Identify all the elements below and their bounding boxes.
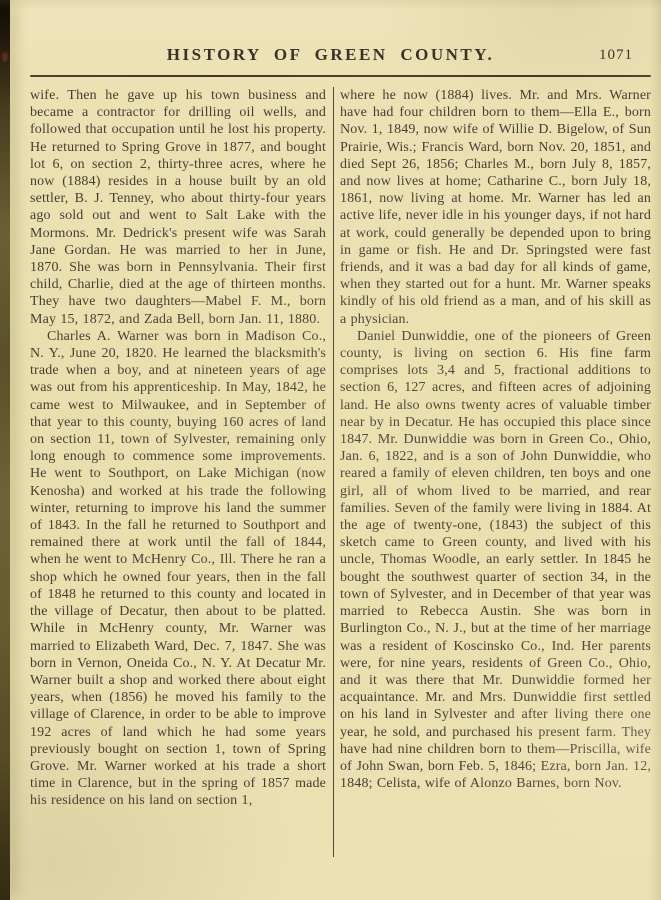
left-column: wife. Then he gave up his town business … <box>30 87 326 857</box>
column-divider <box>333 87 334 857</box>
right-column: where he now (1884) lives. Mr. and Mrs. … <box>340 87 651 857</box>
paragraph-dedrick-continuation: wife. Then he gave up his town business … <box>30 87 326 328</box>
paragraph-daniel-dunwiddie: Daniel Dunwiddie, one of the pioneers of… <box>340 328 651 792</box>
book-page: HISTORY OF GREEN COUNTY. 1071 wife. Then… <box>0 0 661 900</box>
book-binding-edge <box>0 0 10 900</box>
page-body: wife. Then he gave up his town business … <box>30 87 651 857</box>
paragraph-charles-warner: Charles A. Warner was born in Madison Co… <box>30 328 326 810</box>
header-rule <box>30 75 651 77</box>
running-header-title: HISTORY OF GREEN COUNTY. <box>0 45 661 65</box>
paragraph-warner-continuation: where he now (1884) lives. Mr. and Mrs. … <box>340 87 651 328</box>
page-number: 1071 <box>599 47 633 64</box>
